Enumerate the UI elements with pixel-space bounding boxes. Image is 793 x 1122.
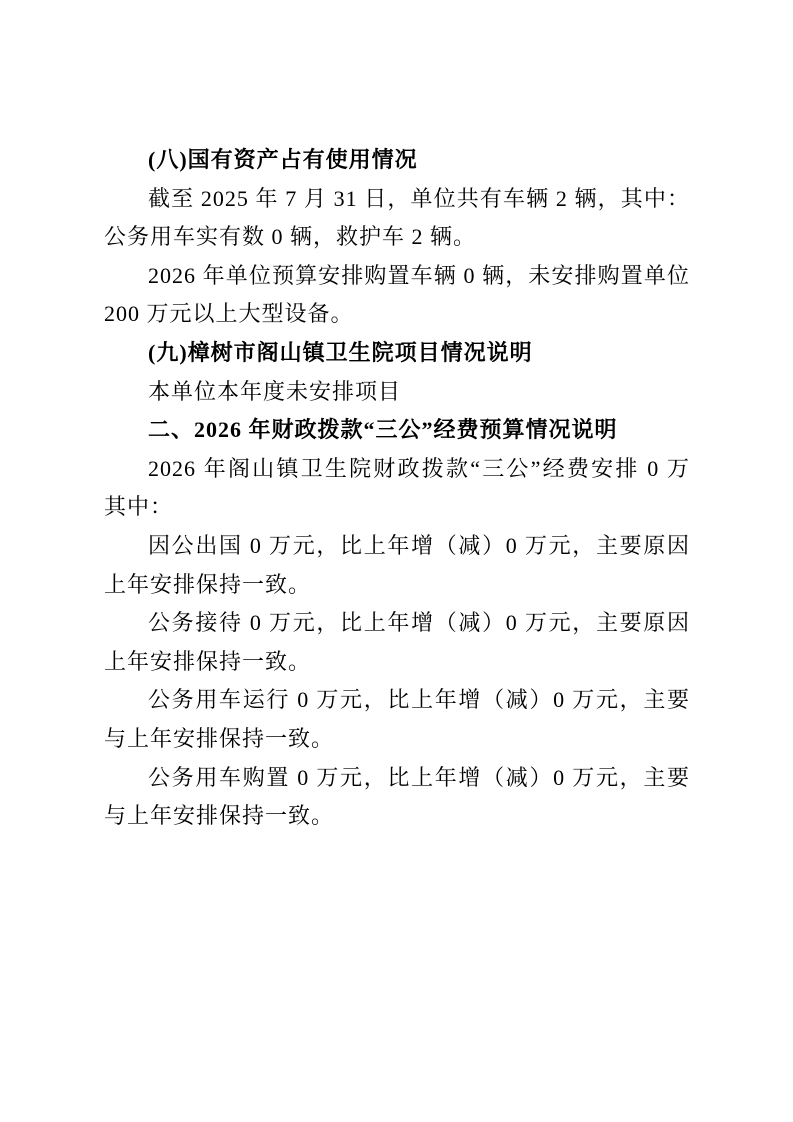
text-line: 公务用车实有数 0 辆，救护车 2 辆。 <box>104 218 690 257</box>
text-line: 2026 年单位预算安排购置车辆 0 辆，未安排购置单位价值 <box>104 257 690 296</box>
text-line: 2026 年阁山镇卫生院财政拨款“三公”经费安排 0 万元， <box>104 450 690 489</box>
text-line: 与上年安排保持一致。 <box>104 720 690 759</box>
text-line: 公务接待 0 万元，比上年增（减）0 万元，主要原因是：与 <box>104 604 690 643</box>
text-line: 公务用车购置 0 万元，比上年增（减）0 万元，主要原因是： <box>104 759 690 798</box>
text-line: 其中： <box>104 488 690 527</box>
text-line: 截至 2025 年 7 月 31 日，单位共有车辆 2 辆，其中：一般 <box>104 180 690 219</box>
text-line: 因公出国 0 万元，比上年增（减）0 万元，主要原因是：与 <box>104 527 690 566</box>
heading-line: (八)国有资产占有使用情况 <box>104 141 690 180</box>
document-content: (八)国有资产占有使用情况截至 2025 年 7 月 31 日，单位共有车辆 2… <box>104 141 690 836</box>
text-line: 公务用车运行 0 万元，比上年增（减）0 万元，主要原因是： <box>104 681 690 720</box>
document-page: (八)国有资产占有使用情况截至 2025 年 7 月 31 日，单位共有车辆 2… <box>0 0 793 1122</box>
heading-line: (九)樟树市阁山镇卫生院项目情况说明 <box>104 334 690 373</box>
text-line: 本单位本年度未安排项目 <box>104 373 690 412</box>
text-line: 上年安排保持一致。 <box>104 643 690 682</box>
heading-line: 二、2026 年财政拨款“三公”经费预算情况说明 <box>104 411 690 450</box>
text-line: 上年安排保持一致。 <box>104 566 690 605</box>
text-line: 200 万元以上大型设备。 <box>104 295 690 334</box>
text-line: 与上年安排保持一致。 <box>104 797 690 836</box>
